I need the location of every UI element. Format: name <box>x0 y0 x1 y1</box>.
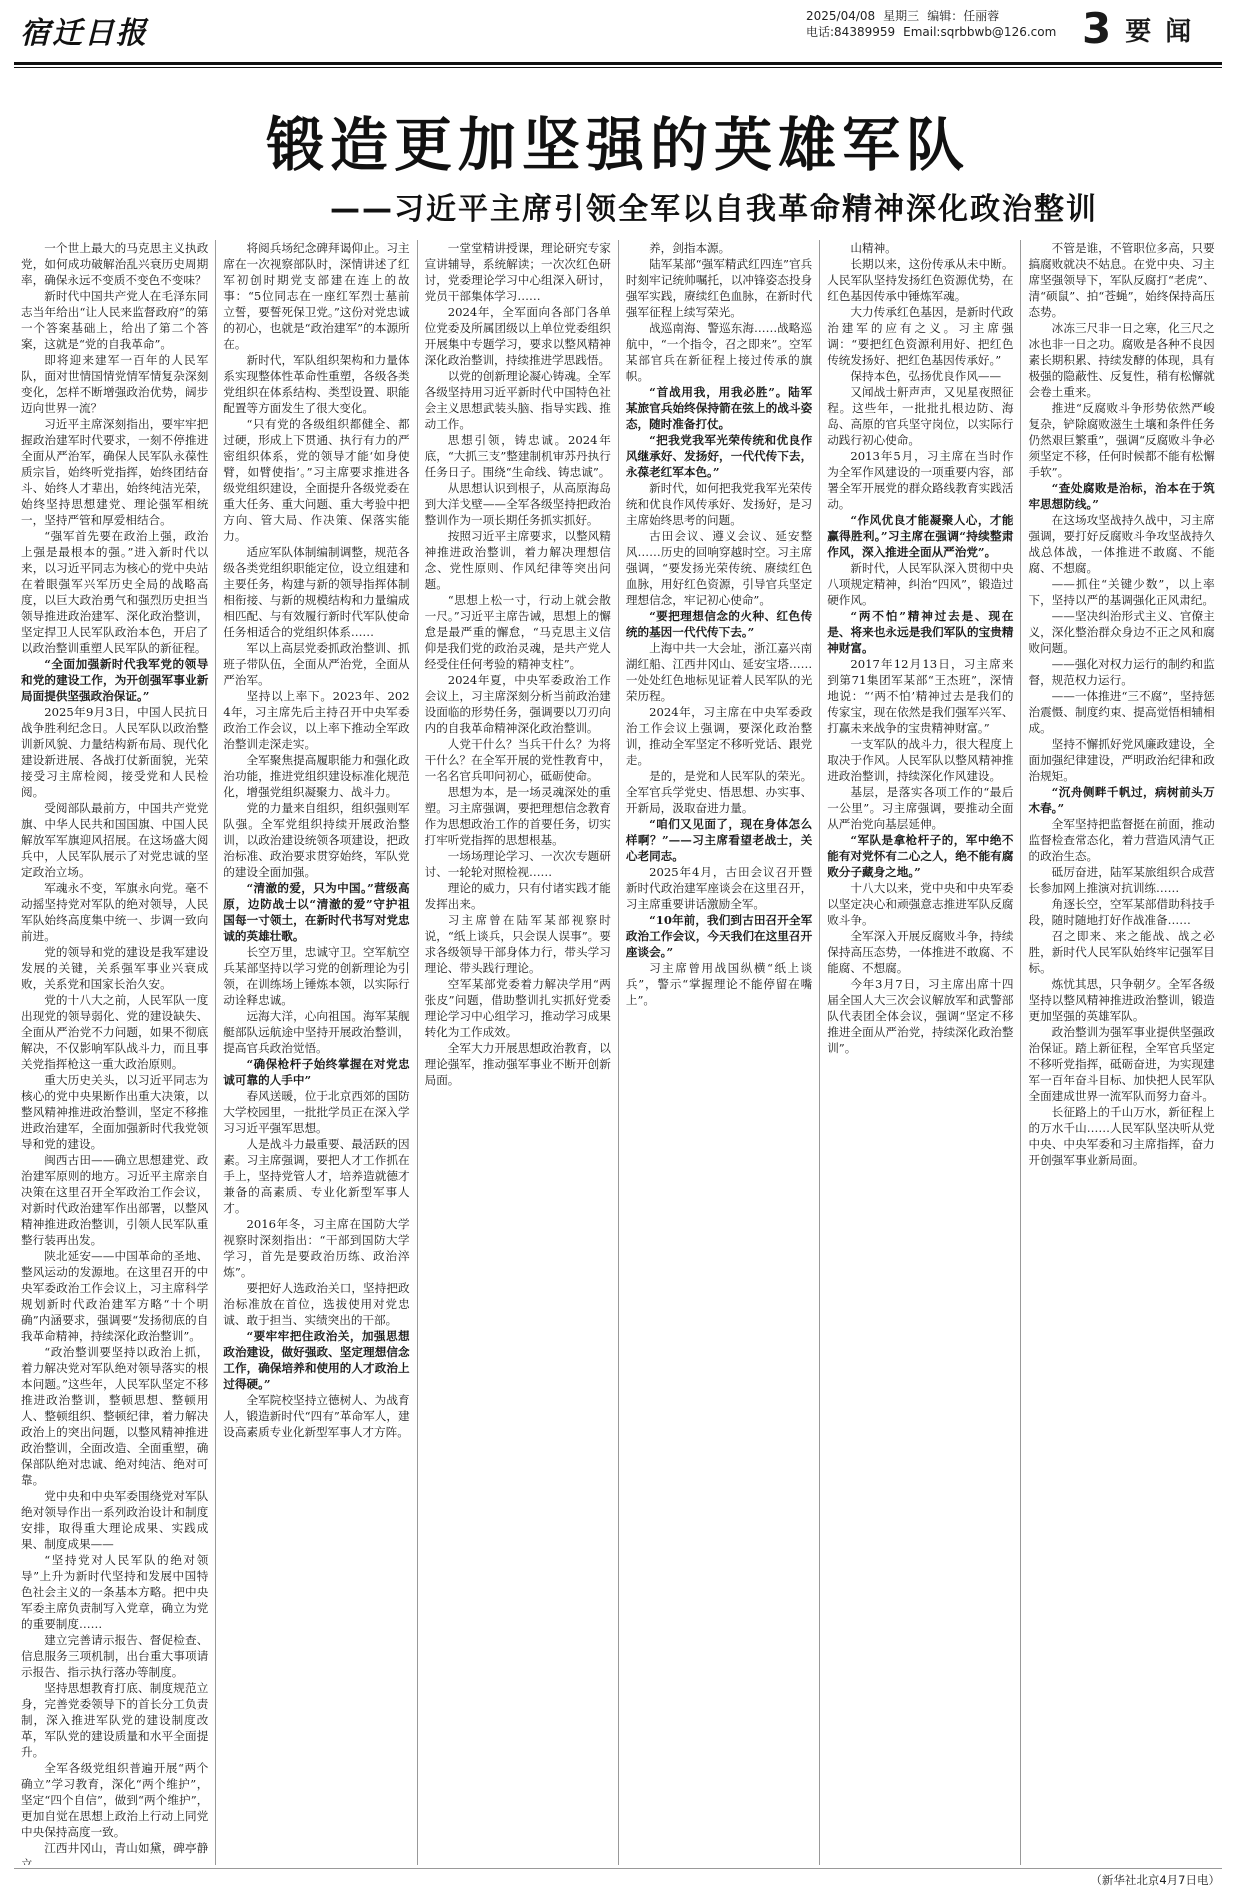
article-paragraph: 角逐长空，空军某部借助科技手段，随时随地打好作战准备…… <box>1028 896 1214 928</box>
article-paragraph: 2025年4月，古田会议召开暨新时代政治建军座谈会在这里召开，习主席重要讲话激励… <box>626 864 812 912</box>
article-paragraph: “沉舟侧畔千帆过，病树前头万木春。” <box>1028 784 1214 816</box>
article-paragraph: 人是战斗力最重要、最活跃的因素。习主席强调，要把人才工作抓在手上，坚持党管人才，… <box>223 1136 409 1216</box>
article-paragraph: 理论的威力，只有付诸实践才能发挥出来。 <box>425 880 611 912</box>
article-paragraph: 2025年9月3日，中国人民抗日战争胜利纪念日。人民军队以政治整训新风貌、力量结… <box>21 704 208 800</box>
article-paragraph: 是的，是党和人民军队的荣光。全军官兵学党史、悟思想、办实事、开新局，汲取奋进力量… <box>626 768 812 816</box>
article-paragraph: 全军院校坚持立德树人、为战育人，锻造新时代“四有”革命军人，建设高素质专业化新型… <box>223 1392 409 1440</box>
article-paragraph: 新时代，如何把我党我军光荣传统和优良作风传承好、发扬好，是习主席始终思考的问题。 <box>626 480 812 528</box>
article-paragraph: 2017年12月13日，习主席来到第71集团军某部“王杰班”，深情地说：“‘两不… <box>827 656 1013 736</box>
article-column-2: 将阅兵场纪念碑拜谒仰止。习主席在一次视察部队时，深情讲述了红军初创时期党支部建在… <box>215 240 416 1865</box>
article-column-5: 山精神。长期以来，这份传承从未中断。人民军队坚持发扬红色资源优势，在红色基因传承… <box>819 240 1020 1865</box>
article-paragraph: ——抓住“关键少数”，以上率下，坚持以严的基调强化正风肃纪。 <box>1028 576 1214 608</box>
article-paragraph: 人党干什么？当兵干什么？为将干什么？在全军开展的党性教育中，一名名官兵叩问初心，… <box>425 736 611 784</box>
article-paragraph: “政治整训要坚持以政治上抓，着力解决党对军队绝对领导落实的根本问题。”这些年，人… <box>21 1344 208 1488</box>
article-column-1: 一个世上最大的马克思主义执政党，如何成功破解治乱兴衰历史周期率，确保永远不变质不… <box>14 240 215 1865</box>
article-subtitle: ——习近平主席引领全军以自我革命精神深化政治整训 <box>0 184 1236 228</box>
article-paragraph: 上海中共一大会址，浙江嘉兴南湖红船、江西井冈山、延安宝塔……一处处红色地标见证着… <box>626 640 812 704</box>
article-paragraph: 军魂永不变，军旗永向党。毫不动摇坚持党对军队的绝对领导，人民军队始终高度集中统一… <box>21 880 208 944</box>
article-paragraph: 2024年，习主席在中央军委政治工作会议上强调，要深化政治整训，推动全军坚定不移… <box>626 704 812 768</box>
article-paragraph: 2024年夏，中央军委政治工作会议上，习主席深刻分析当前政治建设面临的形势任务，… <box>425 672 611 736</box>
article-paragraph: 坚持不懈抓好党风廉政建设，全面加强纪律建设，严明政治纪律和政治规矩。 <box>1028 736 1214 784</box>
article-paragraph: “要把理想信念的火种、红色传统的基因一代代传下去。” <box>626 608 812 640</box>
issue-date: 2025/04/08 <box>806 8 875 24</box>
article-paragraph: “把我党我军光荣传统和优良作风继承好、发扬好，一代代传下去，永葆老红军本色。” <box>626 432 812 480</box>
article-paragraph: 全军各级党组织普遍开展“两个确立”学习教育，深化“两个维护”，坚定“四个自信”，… <box>21 1760 208 1840</box>
article-paragraph: 春风送暖，位于北京西郊的国防大学校园里，一批批学员正在深入学习习近平强军思想。 <box>223 1088 409 1136</box>
article-paragraph: 全军大力开展思想政治教育，以理论强军，推动强军事业不断开创新局面。 <box>425 1040 611 1088</box>
article-paragraph: “只有党的各级组织都健全、都过硬，形成上下贯通、执行有力的严密组织体系，党的领导… <box>223 416 409 544</box>
newspaper-logo: 宿迁日报 <box>20 8 148 52</box>
article-paragraph: “强军首先要在政治上强，政治上强是最根本的强。”进入新时代以来，以习近平同志为核… <box>21 528 208 656</box>
article-paragraph: 重大历史关头，以习近平同志为核心的党中央果断作出重大决策，以整风精神推进政治整训… <box>21 1072 208 1152</box>
article-paragraph: “清澈的爱，只为中国。”营级高原，边防战士以“清澈的爱”守护祖国每一寸领土，在新… <box>223 880 409 944</box>
article-paragraph: “作风优良才能凝聚人心，才能赢得胜利。”习主席在强调“持续整肃作风，深入推进全面… <box>827 512 1013 560</box>
article-credit: （新华社北京4月7日电） <box>1090 1872 1220 1888</box>
article-paragraph: 一堂堂精讲授课，理论研究专家宣讲辅导，系统解读；一次次红色研讨，党委理论学习中心… <box>425 240 611 304</box>
article-paragraph: 召之即来、来之能战、战之必胜，新时代人民军队始终牢记强军目标。 <box>1028 928 1214 976</box>
article-paragraph: 远海大洋，心向祖国。海军某舰艇部队远航途中坚持开展政治整训，提高官兵政治觉悟。 <box>223 1008 409 1056</box>
article-headline: 锻造更加坚强的英雄军队 <box>0 98 1236 182</box>
article-paragraph: 炼忧其思，只争朝夕。全军各级坚持以整风精神推进政治整训，锻造更加坚强的英雄军队。 <box>1028 976 1214 1024</box>
article-paragraph: 战巡南海、警巡东海……战略巡航中，“一个指令，召之即来”。空军某部官兵在新征程上… <box>626 320 812 384</box>
article-paragraph: 一场场理论学习、一次次专题研讨、一轮轮对照检视…… <box>425 848 611 880</box>
article-paragraph: 将阅兵场纪念碑拜谒仰止。习主席在一次视察部队时，深情讲述了红军初创时期党支部建在… <box>223 240 409 352</box>
article-paragraph: 在这场攻坚战持久战中，习主席强调，要打好反腐败斗争攻坚战持久战总体战，一体推进不… <box>1028 512 1214 576</box>
article-paragraph: “10年前，我们到古田召开全军政治工作会议，今天我们在这里召开座谈会。” <box>626 912 812 960</box>
article-paragraph: 一个世上最大的马克思主义执政党，如何成功破解治乱兴衰历史周期率，确保永远不变质不… <box>21 240 208 288</box>
article-paragraph: 又闻战士鼾声声，又见星夜照征程。这些年，一批批扎根边防、海岛、高原的官兵坚守岗位… <box>827 384 1013 448</box>
article-paragraph: 陕北延安——中国革命的圣地、整风运动的发源地。在这里召开的中央军委政治工作会议上… <box>21 1248 208 1344</box>
article-paragraph: 陆军某部“强军精武红四连”官兵时刻牢记统帅嘱托，以冲锋姿态投身强军实践，赓续红色… <box>626 256 812 320</box>
article-paragraph: 一支军队的战斗力，很大程度上取决于作风。人民军队以整风精神推进政治整训，持续深化… <box>827 736 1013 784</box>
article-column-4: 养，剑指本源。陆军某部“强军精武红四连”官兵时刻牢记统帅嘱托，以冲锋姿态投身强军… <box>618 240 819 1865</box>
issue-phone: 电话:84389959 <box>806 24 895 40</box>
article-paragraph: ——强化对权力运行的制约和监督，规范权力运行。 <box>1028 656 1214 688</box>
article-paragraph: 即将迎来建军一百年的人民军队，面对世情国情党情军情复杂深刻变化，怎样不断增强政治… <box>21 352 208 416</box>
article-paragraph: 习近平主席深刻指出，要牢牢把握政治建军时代要求，一刻不停推进全面从严治军，确保人… <box>21 416 208 528</box>
article-paragraph: 长空万里，忠诚守卫。空军航空兵某部坚持以学习党的创新理论为引领，在训练场上锤炼本… <box>223 944 409 1008</box>
article-paragraph: 新时代，军队组织架构和力量体系实现整体性革命性重塑，各级各类党组织在体系结构、类… <box>223 352 409 416</box>
article-paragraph: 以党的创新理论凝心铸魂。全军各级坚持用习近平新时代中国特色社会主义思想武装头脑、… <box>425 368 611 432</box>
issue-meta: 2025/04/08 星期三 编辑：任丽蓉 电话:84389959 Email:… <box>806 8 1056 40</box>
masthead: 宿迁日报 2025/04/08 星期三 编辑：任丽蓉 电话:84389959 E… <box>0 0 1236 66</box>
article-paragraph: 坚持思想教育打底、制度规范立身，完善党委领导下的首长分工负责制，深入推进军队党的… <box>21 1680 208 1760</box>
article-paragraph: 2016年冬，习主席在国防大学视察时深刻指出：“干部到国防大学学习，首先是要政治… <box>223 1216 409 1280</box>
issue-email: Email:sqrbbwb@126.com <box>903 24 1056 40</box>
article-paragraph: 按照习近平主席要求，以整风精神推进政治整训，着力解决理想信念、党性原则、作风纪律… <box>425 528 611 592</box>
article-paragraph: 坚持以上率下。2023年、2024年，习主席先后主持召开中央军委政治工作会议，以… <box>223 688 409 752</box>
article-paragraph: ——一体推进“三不腐”，坚持惩治震慑、制度约束、提高觉悟相辅相成。 <box>1028 688 1214 736</box>
article-paragraph: 冰冻三尺非一日之寒，化三尺之冰也非一日之功。腐败是各种不良因素长期积累、持续发酵… <box>1028 320 1214 400</box>
article-paragraph: 党的力量来自组织，组织强则军队强。全军党组织持续开展政治整训，以政治建设统领各项… <box>223 800 409 880</box>
article-paragraph: 思想引领，铸忠诚。2024年底，“大抓三支”整建制机审苏丹执行任务日子。围绕“生… <box>425 432 611 480</box>
article-paragraph: “全面加强新时代我军党的领导和党的建设工作，为开创强军事业新局面提供坚强政治保证… <box>21 656 208 704</box>
article-paragraph: “两不怕”精神过去是、现在是、将来也永远是我们军队的宝贵精神财富。 <box>827 608 1013 656</box>
article-paragraph: 党的十八大之前，人民军队一度出现党的领导弱化、党的建设缺失、全面从严治党不力问题… <box>21 992 208 1072</box>
issue-editor: 编辑：任丽蓉 <box>927 8 999 24</box>
article-paragraph: 全军聚焦提高履职能力和强化政治功能，推进党组织建设标准化规范化，增强党组织凝聚力… <box>223 752 409 800</box>
article-body: 一个世上最大的马克思主义执政党，如何成功破解治乱兴衰历史周期率，确保永远不变质不… <box>14 240 1222 1865</box>
article-paragraph: 不管是谁，不管职位多高，只要搞腐败就决不姑息。在党中央、习主席坚强领导下，军队反… <box>1028 240 1214 320</box>
article-paragraph: 军以上高层党委抓政治整训、抓班子带队伍，全面从严治党，全面从严治军。 <box>223 640 409 688</box>
article-column-6: 不管是谁，不管职位多高，只要搞腐败就决不姑息。在党中央、习主席坚强领导下，军队反… <box>1020 240 1221 1865</box>
article-paragraph: 新时代中国共产党人在毛泽东同志当年给出“让人民来监督政府”的第一个答案基础上，给… <box>21 288 208 352</box>
article-paragraph: 今年3月7日，习主席出席十四届全国人大三次会议解放军和武警部队代表团全体会议，强… <box>827 976 1013 1056</box>
footer-rule <box>14 1868 1222 1869</box>
article-paragraph: “要牢牢把住政治关，加强思想政治建设，做好强政、坚定理想信念工作，确保培养和使用… <box>223 1328 409 1392</box>
article-paragraph: 习主席曾在陆军某部视察时说，“纸上谈兵，只会误人误事”。要求各级领导干部身体力行… <box>425 912 611 976</box>
article-paragraph: 保持本色，弘扬优良作风—— <box>827 368 1013 384</box>
article-column-3: 一堂堂精讲授课，理论研究专家宣讲辅导，系统解读；一次次红色研讨，党委理论学习中心… <box>417 240 618 1865</box>
article-paragraph: 习主席曾用战国纵横“纸上谈兵”，警示“掌握理论不能停留在嘴上”。 <box>626 960 812 1008</box>
article-paragraph: 山精神。 <box>827 240 1013 256</box>
article-paragraph: “军队是拿枪杆子的，军中绝不能有对党怀有二心之人，绝不能有腐败分子藏身之地。” <box>827 832 1013 880</box>
article-paragraph: “查处腐败是治标，治本在于筑牢思想防线。” <box>1028 480 1214 512</box>
article-paragraph: “确保枪杆子始终掌握在对党忠诚可靠的人手中” <box>223 1056 409 1088</box>
article-paragraph: 2024年，全军面向各部门各单位党委及所属团级以上单位党委组织开展集中专题学习，… <box>425 304 611 368</box>
article-paragraph: 新时代，人民军队深入贯彻中央八项规定精神，纠治“四风”，锻造过硬作风。 <box>827 560 1013 608</box>
article-paragraph: “咱们又见面了，现在身体怎么样啊？”——习主席看望老战士，关心老同志。 <box>626 816 812 864</box>
article-paragraph: “坚持党对人民军队的绝对领导”上升为新时代坚持和发展中国特色社会主义的一条基本方… <box>21 1552 208 1632</box>
article-paragraph: 十八大以来，党中央和中央军委以坚定决心和顽强意志推进军队反腐败斗争。 <box>827 880 1013 928</box>
article-paragraph: “首战用我，用我必胜”。陆军某旅官兵始终保持箭在弦上的战斗姿态，随时准备打仗。 <box>626 384 812 432</box>
article-paragraph: 受阅部队最前方，中国共产党党旗、中华人民共和国国旗、中国人民解放军军旗迎风招展。… <box>21 800 208 880</box>
page-number: 3 <box>1082 8 1111 50</box>
article-paragraph: 空军某部党委着力解决学用“两张皮”问题，借助整训扎实抓好党委理论学习中心组学习，… <box>425 976 611 1040</box>
article-paragraph: 思想为本，是一场灵魂深处的重塑。习主席强调，要把理想信念教育作为思想政治工作的首… <box>425 784 611 848</box>
article-paragraph: 古田会议、遵义会议、延安整风……历史的回响穿越时空。习主席强调，“要发扬光荣传统… <box>626 528 812 608</box>
article-paragraph: ——坚决纠治形式主义、官僚主义，深化整治群众身边不正之风和腐败问题。 <box>1028 608 1214 656</box>
article-paragraph: 长期以来，这份传承从未中断。人民军队坚持发扬红色资源优势，在红色基因传承中锤炼军… <box>827 256 1013 304</box>
issue-weekday: 星期三 <box>883 8 919 24</box>
article-paragraph: 养，剑指本源。 <box>626 240 812 256</box>
article-paragraph: 政治整训为强军事业提供坚强政治保证。踏上新征程，全军官兵坚定不移听党指挥，砥砺奋… <box>1028 1024 1214 1104</box>
article-paragraph: 党中央和中央军委围绕党对军队绝对领导作出一系列政治设计和制度安排，取得重大理论成… <box>21 1488 208 1552</box>
article-paragraph: 大力传承红色基因，是新时代政治建军的应有之义。习主席强调：“要把红色资源利用好、… <box>827 304 1013 368</box>
article-paragraph: 要把好人选政治关口，坚持把政治标准放在首位，选拔使用对党忠诚、敢于担当、实绩突出… <box>223 1280 409 1328</box>
article-paragraph: 2013年5月，习主席在当时作为全军作风建设的一项重要内容，部署全军开展党的群众… <box>827 448 1013 512</box>
section-name: 要闻 <box>1125 11 1205 48</box>
article-paragraph: 基层，是落实各项工作的“最后一公里”。习主席强调，要推动全面从严治党向基层延伸。 <box>827 784 1013 832</box>
article-paragraph: 长征路上的千山万水，新征程上的万水千山……人民军队坚决听从党中央、中央军委和习主… <box>1028 1104 1214 1168</box>
article-paragraph: 推进“反腐败斗争形势依然严峻复杂，铲除腐败滋生土壤和条件任务仍然艰巨繁重”，强调… <box>1028 400 1214 480</box>
article-paragraph: “思想上松一寸，行动上就会散一尺。”习近平主席告诫，思想上的懈怠是最严重的懈怠，… <box>425 592 611 672</box>
article-paragraph: 建立完善请示报告、督促检查、信息服务三项机制，出台重大事项请示报告、指示执行落办… <box>21 1632 208 1680</box>
masthead-rule <box>14 62 1222 65</box>
article-paragraph: 党的领导和党的建设是我军建设发展的关键，关系强军事业兴衰成败，关系党和国家长治久… <box>21 944 208 992</box>
article-paragraph: 闽西古田——确立思想建党、政治建军原则的地方。习近平主席亲自决策在这里召开全军政… <box>21 1152 208 1248</box>
article-paragraph: 适应军队体制编制调整，规范各级各类党组织职能定位，设立组建和主要任务，构建与新的… <box>223 544 409 640</box>
article-paragraph: 砥厉奋进，陆军某旅组织合成营长参加网上推演对抗训练…… <box>1028 864 1214 896</box>
article-paragraph: 全军坚持把监督挺在前面，推动监督检查常态化，着力营造风清气正的政治生态。 <box>1028 816 1214 864</box>
page-indicator: 3 要闻 <box>1082 8 1205 50</box>
article-paragraph: 江西井冈山，青山如黛，碑亭静立。 <box>21 1840 208 1865</box>
article-paragraph: 从思想认识到根子，从高原海岛到大洋戈壁——全军各级坚持把政治整训作为一项长期任务… <box>425 480 611 528</box>
masthead-rule-thin <box>14 67 1222 68</box>
article-paragraph: 全军深入开展反腐败斗争，持续保持高压态势，一体推进不敢腐、不能腐、不想腐。 <box>827 928 1013 976</box>
